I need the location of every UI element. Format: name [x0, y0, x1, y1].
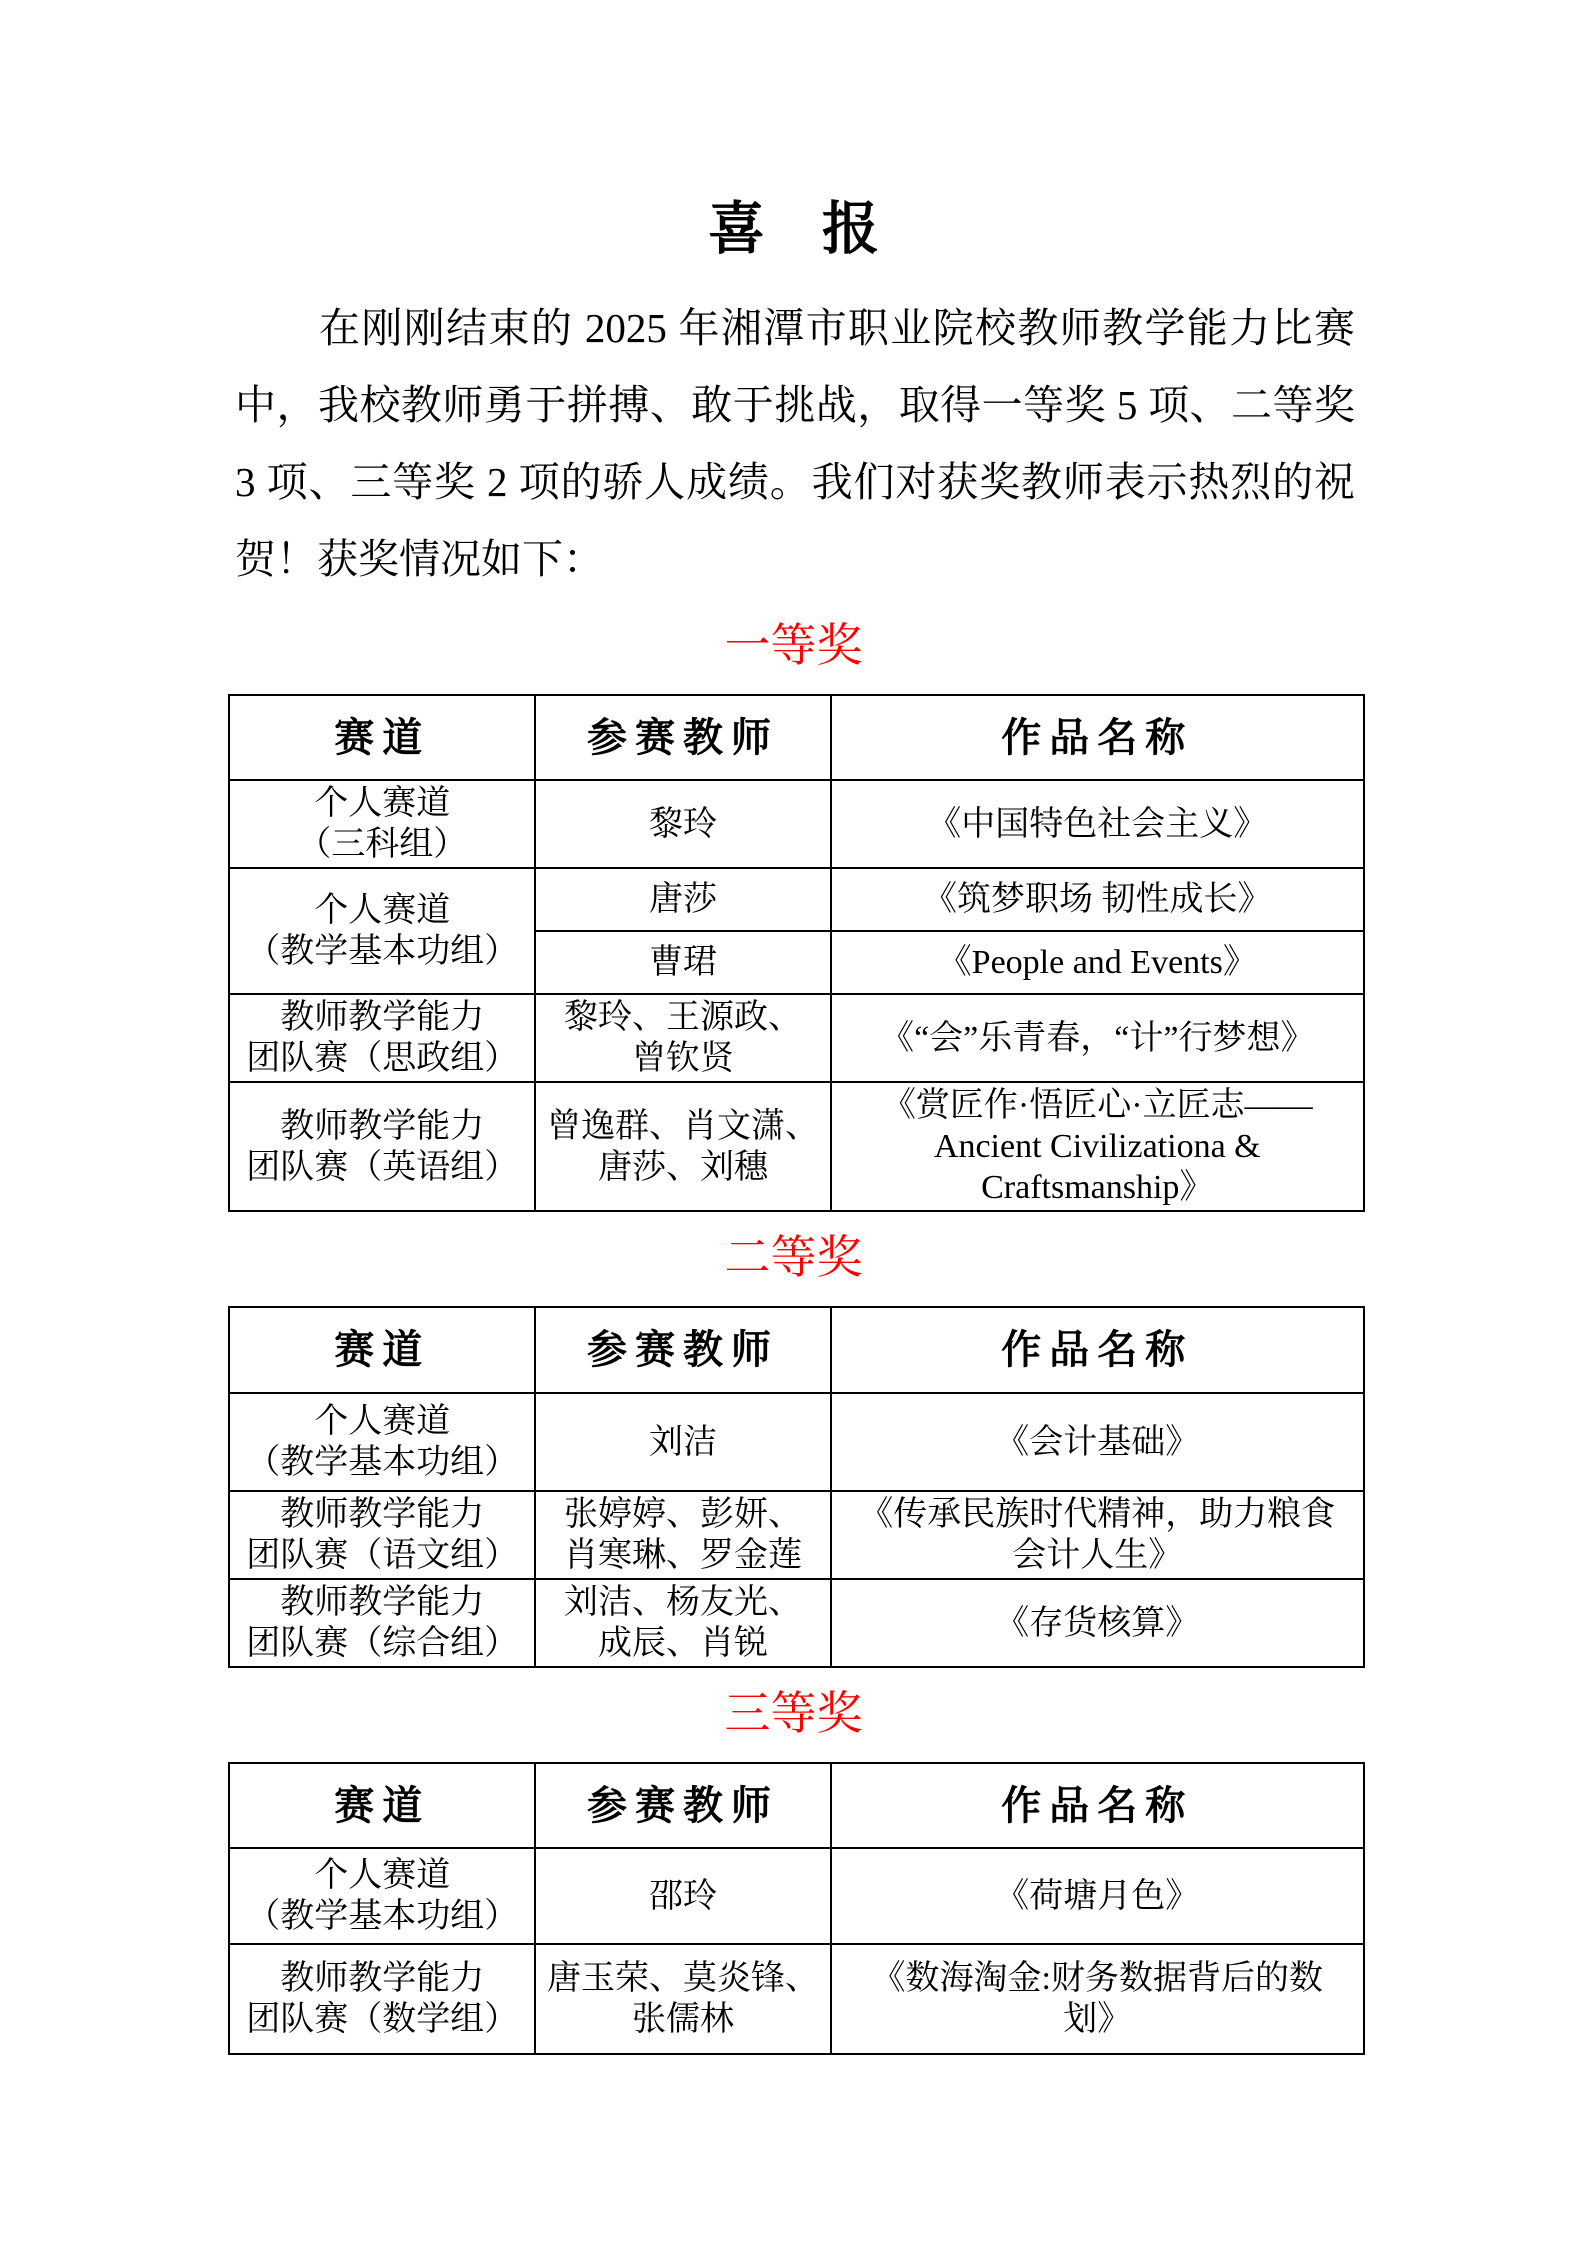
table-row: 个人赛道 （教学基本功组） 邵玲 《荷塘月色》 [229, 1848, 1364, 1944]
work-cell: 《中国特色社会主义》 [831, 780, 1364, 868]
track-cell: 教师教学能力 团队赛（思政组） [229, 994, 535, 1082]
column-header-teachers: 参赛教师 [535, 1307, 830, 1393]
table-header-row: 赛道 参赛教师 作品名称 [229, 1763, 1364, 1848]
work-cell: 《存货核算》 [831, 1579, 1364, 1667]
table-row: 教师教学能力 团队赛（英语组） 曾逸群、肖文潇、 唐莎、刘穗 《赏匠作·悟匠心·… [229, 1082, 1364, 1211]
track-cell: 教师教学能力 团队赛（数学组） [229, 1944, 535, 2054]
track-cell: 个人赛道 （三科组） [229, 780, 535, 868]
teachers-cell: 黎玲 [535, 780, 830, 868]
table-row: 个人赛道 （教学基本功组） 刘洁 《会计基础》 [229, 1393, 1364, 1491]
column-header-work: 作品名称 [831, 1763, 1364, 1848]
table-header-row: 赛道 参赛教师 作品名称 [229, 1307, 1364, 1393]
column-header-teachers: 参赛教师 [535, 1763, 830, 1848]
teachers-cell: 刘洁、杨友光、 成辰、肖锐 [535, 1579, 830, 1667]
teachers-cell: 黎玲、王源政、 曾钦贤 [535, 994, 830, 1082]
section-third-prize: 三等奖 赛道 参赛教师 作品名称 个人赛道 （教学基本功组） 邵玲 《荷塘月色》 [0, 1686, 1587, 2055]
table-row: 个人赛道 （教学基本功组） 唐莎 《筑梦职场 韧性成长》 [229, 868, 1364, 931]
teachers-cell: 曾逸群、肖文潇、 唐莎、刘穗 [535, 1082, 830, 1211]
work-cell: 《荷塘月色》 [831, 1848, 1364, 1944]
table-row: 教师教学能力 团队赛（语文组） 张婷婷、彭妍、 肖寒琳、罗金莲 《传承民族时代精… [229, 1491, 1364, 1579]
table-row: 教师教学能力 团队赛（综合组） 刘洁、杨友光、 成辰、肖锐 《存货核算》 [229, 1579, 1364, 1667]
column-header-track: 赛道 [229, 1763, 535, 1848]
awards-table-second-prize: 赛道 参赛教师 作品名称 个人赛道 （教学基本功组） 刘洁 《会计基础》 教师教… [228, 1306, 1365, 1668]
teachers-cell: 曹珺 [535, 931, 830, 994]
award-heading-second-prize: 二等奖 [0, 1230, 1587, 1286]
table-row: 个人赛道 （三科组） 黎玲 《中国特色社会主义》 [229, 780, 1364, 868]
column-header-track: 赛道 [229, 695, 535, 780]
column-header-track: 赛道 [229, 1307, 535, 1393]
track-cell: 个人赛道 （教学基本功组） [229, 1848, 535, 1944]
section-first-prize: 一等奖 赛道 参赛教师 作品名称 个人赛道 （三科组） 黎玲 《中国特色社会主义… [0, 618, 1587, 1212]
column-header-work: 作品名称 [831, 695, 1364, 780]
teachers-cell: 唐莎 [535, 868, 830, 931]
track-cell: 教师教学能力 团队赛（语文组） [229, 1491, 535, 1579]
column-header-work: 作品名称 [831, 1307, 1364, 1393]
track-cell: 教师教学能力 团队赛（综合组） [229, 1579, 535, 1667]
document-page: 喜 报 在刚刚结束的 2025 年湘潭市职业院校教师教学能力比赛中，我校教师勇于… [0, 0, 1587, 2245]
work-cell: 《People and Events》 [831, 931, 1364, 994]
awards-table-third-prize: 赛道 参赛教师 作品名称 个人赛道 （教学基本功组） 邵玲 《荷塘月色》 教师教… [228, 1762, 1365, 2055]
intro-paragraph: 在刚刚结束的 2025 年湘潭市职业院校教师教学能力比赛中，我校教师勇于拼搏、敢… [235, 290, 1355, 598]
teachers-cell: 唐玉荣、莫炎锋、 张儒林 [535, 1944, 830, 2054]
work-cell: 《数海淘金:财务数据背后的数 划》 [831, 1944, 1364, 2054]
awards-table-first-prize: 赛道 参赛教师 作品名称 个人赛道 （三科组） 黎玲 《中国特色社会主义》 个人… [228, 694, 1365, 1212]
track-cell: 个人赛道 （教学基本功组） [229, 868, 535, 994]
award-heading-third-prize: 三等奖 [0, 1686, 1587, 1742]
work-cell: 《“会”乐青春，“计”行梦想》 [831, 994, 1364, 1082]
teachers-cell: 邵玲 [535, 1848, 830, 1944]
teachers-cell: 刘洁 [535, 1393, 830, 1491]
track-cell: 教师教学能力 团队赛（英语组） [229, 1082, 535, 1211]
table-header-row: 赛道 参赛教师 作品名称 [229, 695, 1364, 780]
column-header-teachers: 参赛教师 [535, 695, 830, 780]
work-cell: 《会计基础》 [831, 1393, 1364, 1491]
track-cell: 个人赛道 （教学基本功组） [229, 1393, 535, 1491]
teachers-cell: 张婷婷、彭妍、 肖寒琳、罗金莲 [535, 1491, 830, 1579]
work-cell: 《赏匠作·悟匠心·立匠志—— Ancient Civilizationa & C… [831, 1082, 1364, 1211]
table-row: 教师教学能力 团队赛（思政组） 黎玲、王源政、 曾钦贤 《“会”乐青春，“计”行… [229, 994, 1364, 1082]
work-cell: 《传承民族时代精神，助力粮食 会计人生》 [831, 1491, 1364, 1579]
page-title: 喜 报 [0, 0, 1587, 262]
work-cell: 《筑梦职场 韧性成长》 [831, 868, 1364, 931]
section-second-prize: 二等奖 赛道 参赛教师 作品名称 个人赛道 （教学基本功组） 刘洁 《会计基础》 [0, 1230, 1587, 1668]
table-row: 教师教学能力 团队赛（数学组） 唐玉荣、莫炎锋、 张儒林 《数海淘金:财务数据背… [229, 1944, 1364, 2054]
award-heading-first-prize: 一等奖 [0, 618, 1587, 674]
